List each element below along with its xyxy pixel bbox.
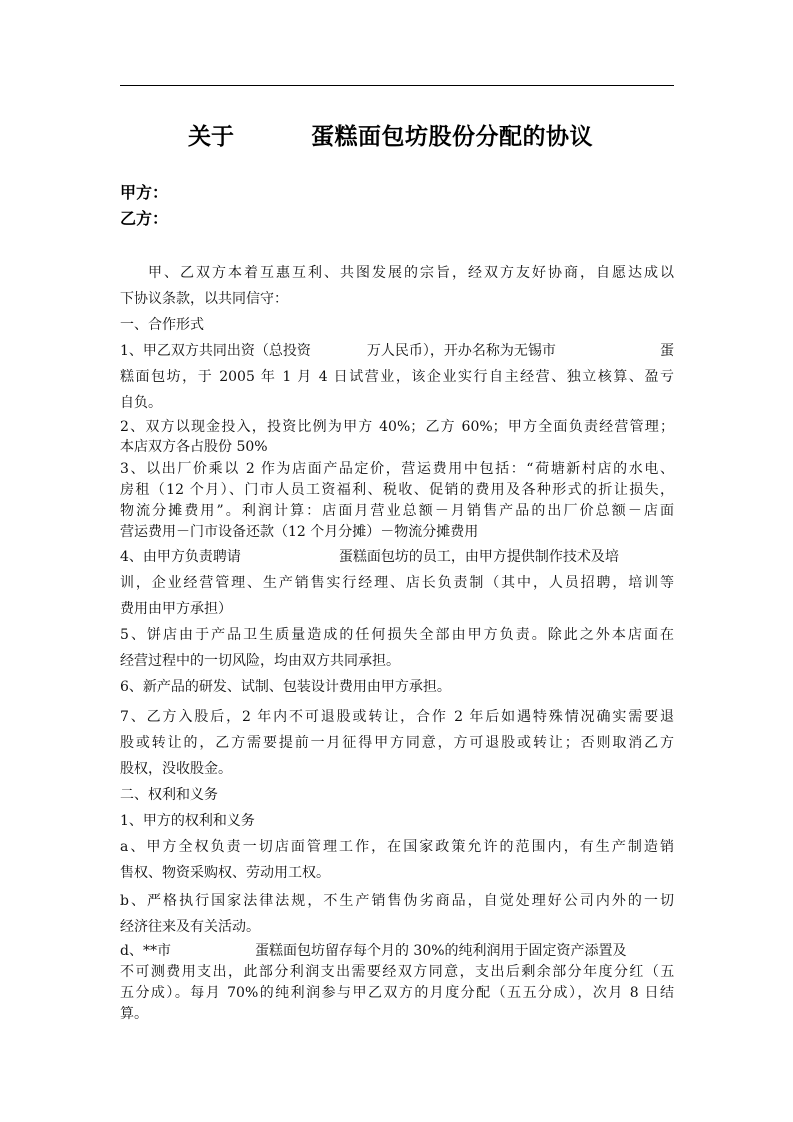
clause-6: 6、新产品的研发、试制、包装设计费用由甲方承担。: [120, 678, 674, 696]
clause-5-line-2: 经营过程中的一切风险，均由双方共同承担。: [120, 652, 674, 670]
clause-7-line-3: 股权，没收股金。: [120, 760, 674, 778]
clause-3-line-3: 物流分摊费用”。利润计算：店面月营业总额－月销售产品的出厂价总额－店面: [120, 502, 674, 520]
item-d-line-2: 不可测费用支出，此部分利润支出需要经双方同意，支出后剩余部分年度分红（五: [120, 963, 674, 981]
preamble-line-1: 甲、乙双方本着互惠互利、共图发展的宗旨，经双方友好协商，自愿达成以: [148, 264, 674, 282]
clause-4-line-1: 4、由甲方负责聘请蛋糕面包坊的员工，由甲方提供制作技术及培: [120, 548, 674, 566]
preamble-line-2: 下协议条款，以共同信守：: [120, 290, 674, 308]
item-b-line-1: b、严格执行国家法律法规，不生产销售伪劣商品，自觉处理好公司内外的一切: [120, 892, 674, 910]
clause-1-part-b: 万人民币），开办名称为无锡市: [367, 343, 556, 359]
section-heading-rights: 二、权利和义务: [120, 786, 674, 804]
item-d-line-1: d、**市蛋糕面包坊留存每个月的 30%的纯利润用于固定资产添置及: [120, 942, 674, 960]
item-d-part-b: 蛋糕面包坊留存每个月的 30%的纯利润用于固定资产添置及: [255, 943, 627, 959]
party-a-label: 甲方：: [120, 180, 168, 203]
clause-1-line-3: 自负。: [120, 394, 674, 412]
item-a-line-2: 售权、物资采购权、劳动用工权。: [120, 864, 674, 882]
clause-1-line-2: 糕面包坊，于 2005 年 1 月 4 日试营业，该企业实行自主经营、独立核算、…: [120, 368, 674, 386]
header-rule: [120, 85, 674, 86]
clause-3-line-4: 营运费用－门市设备还款（12 个月分摊）－物流分摊费用: [120, 523, 674, 541]
item-b-line-2: 经济往来及有关活动。: [120, 918, 674, 936]
clause-2-line-2: 本店双方各占股份 50%: [120, 438, 674, 456]
party-b-label: 乙方：: [120, 206, 168, 229]
title-main: 蛋糕面包坊股份分配的协议: [311, 118, 593, 151]
clause-7-line-1: 7、乙方入股后，2 年内不可退股或转让，合作 2 年后如遇特殊情况确实需要退: [120, 708, 674, 726]
clause-4-line-2: 训，企业经营管理、生产销售实行经理、店长负责制（其中，人员招聘，培训等: [120, 574, 674, 592]
subsection-party-a-rights: 1、甲方的权利和义务: [120, 812, 674, 830]
clause-2-line-1: 2、双方以现金投入，投资比例为甲方 40%；乙方 60%；甲方全面负责经营管理；: [120, 418, 674, 436]
clause-3-line-1: 3、以出厂价乘以 2 作为店面产品定价，营运费用中包括：“荷塘新村店的水电、: [120, 460, 674, 478]
clause-7-line-2: 股或转让的，乙方需要提前一月征得甲方同意，方可退股或转让；否则取消乙方: [120, 734, 674, 752]
item-d-line-3: 五分成）。每月 70%的纯利润参与甲乙双方的月度分配（五五分成），次月 8 日结: [120, 984, 674, 1002]
clause-5-line-1: 5、饼店由于产品卫生质量造成的任何损失全部由甲方负责。除此之外本店面在: [120, 626, 674, 644]
clause-3-line-2: 房租（12 个月）、门市人员工资福利、税收、促销的费用及各种形式的折让损失，: [120, 481, 674, 499]
item-a-line-1: a、甲方全权负责一切店面管理工作，在国家政策允许的范围内，有生产制造销: [120, 838, 674, 856]
clause-1-part-a: 1、甲乙双方共同出资（总投资: [120, 343, 311, 359]
clause-4-part-a: 4、由甲方负责聘请: [120, 549, 241, 565]
item-d-line-4: 算。: [120, 1005, 674, 1023]
document-title: 关于 蛋糕面包坊股份分配的协议: [120, 118, 674, 154]
item-d-part-a: d、**市: [120, 943, 171, 959]
clause-1-line-1: 1、甲乙双方共同出资（总投资万人民币），开办名称为无锡市蛋: [120, 342, 674, 360]
section-heading-cooperation: 一、合作形式: [120, 316, 674, 334]
clause-1-part-c: 蛋: [660, 342, 674, 360]
clause-4-part-b: 蛋糕面包坊的员工，由甲方提供制作技术及培: [339, 549, 619, 565]
clause-4-line-3: 费用由甲方承担）: [120, 600, 674, 618]
title-prefix: 关于: [188, 118, 234, 151]
